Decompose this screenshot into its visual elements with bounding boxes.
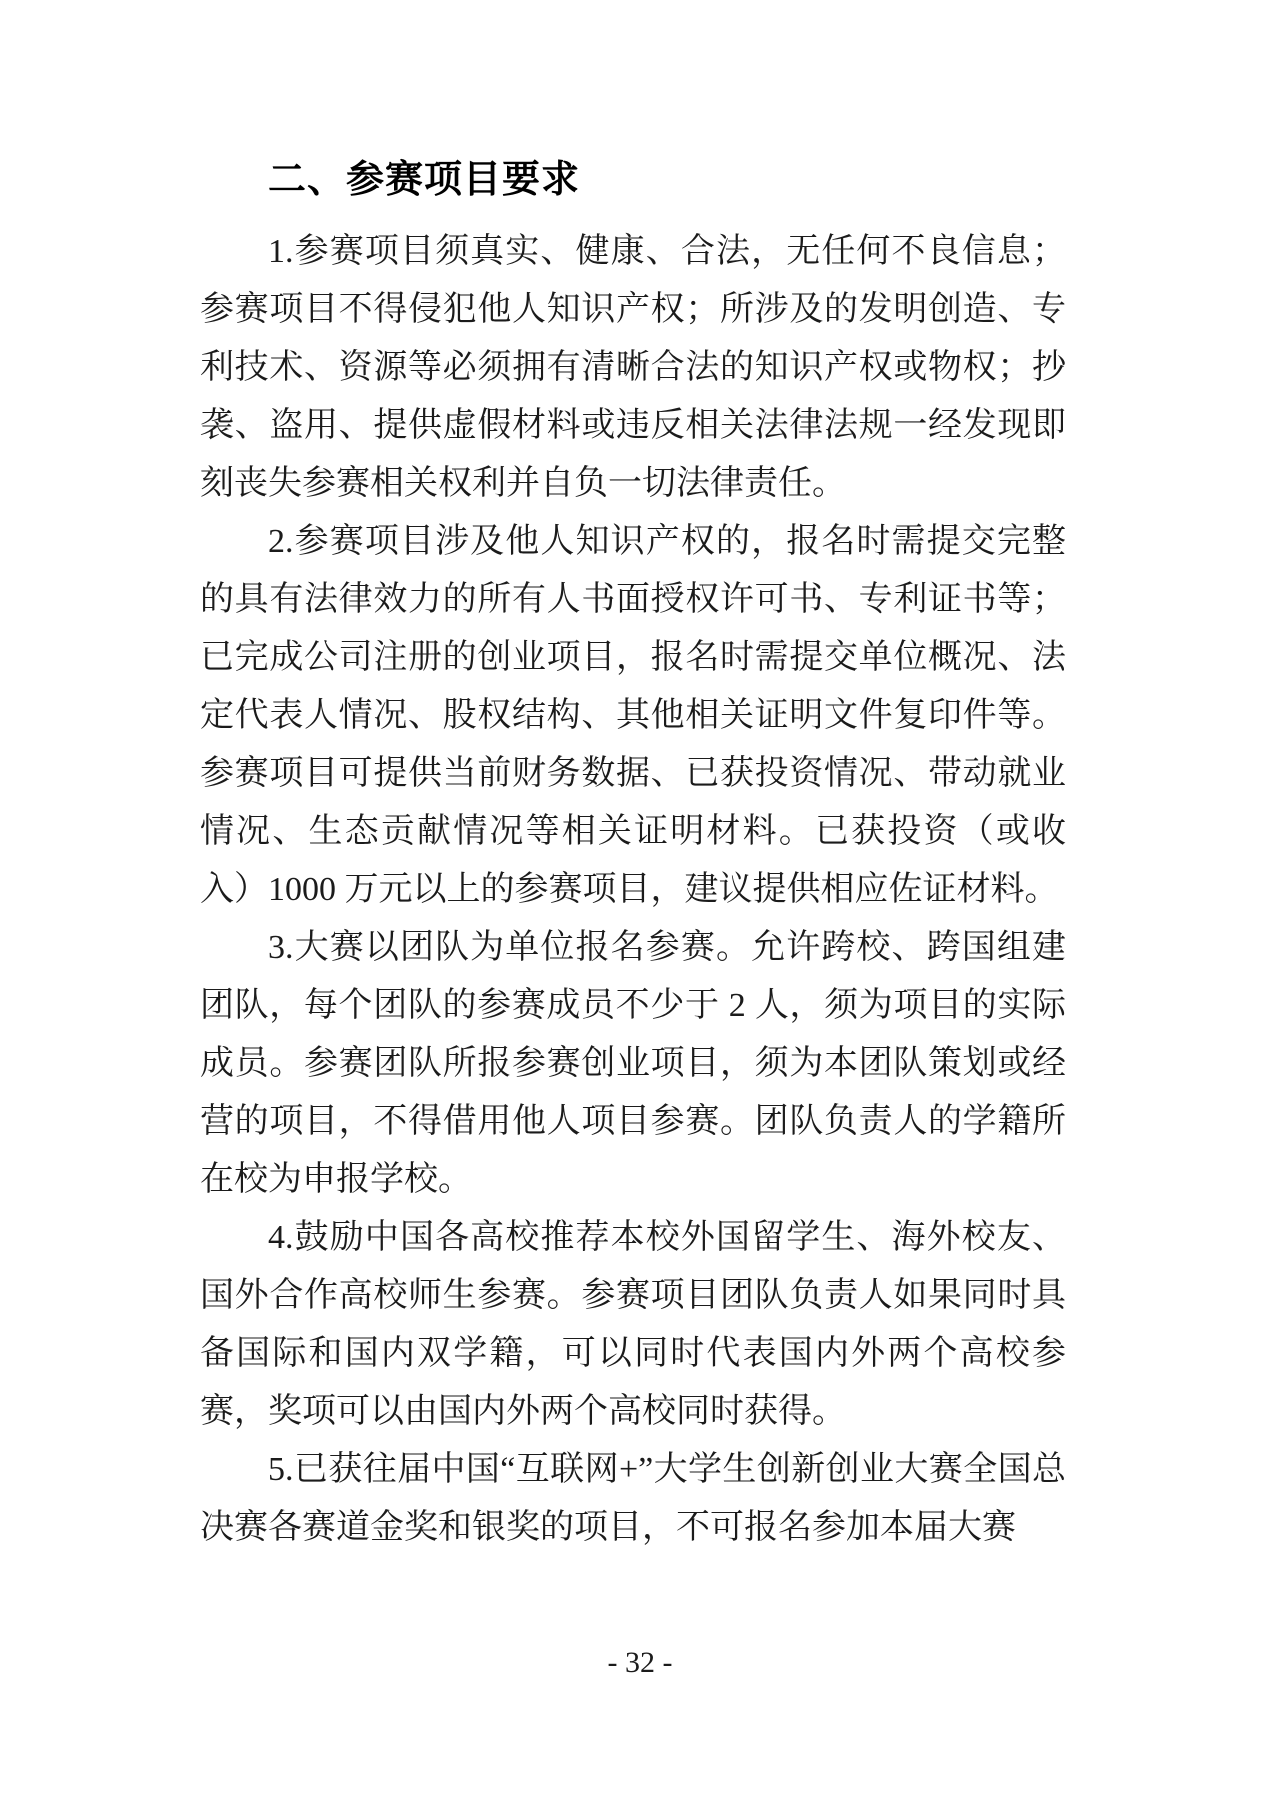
section-heading: 二、参赛项目要求: [268, 153, 1066, 207]
document-body: 二、参赛项目要求 1.参赛项目须真实、健康、合法，无任何不良信息；参赛项目不得侵…: [200, 153, 1066, 1557]
paragraph-item-4: 4.鼓励中国各高校推荐本校外国留学生、海外校友、国外合作高校师生参赛。参赛项目团…: [200, 1209, 1066, 1441]
page-number: - 32 -: [0, 1645, 1280, 1681]
paragraph-item-5: 5.已获往届中国“互联网+”大学生创新创业大赛全国总决赛各赛道金奖和银奖的项目，…: [200, 1441, 1066, 1557]
paragraph-item-2: 2.参赛项目涉及他人知识产权的，报名时需提交完整的具有法律效力的所有人书面授权许…: [200, 513, 1066, 919]
document-page: 二、参赛项目要求 1.参赛项目须真实、健康、合法，无任何不良信息；参赛项目不得侵…: [0, 0, 1280, 1810]
paragraph-item-3: 3.大赛以团队为单位报名参赛。允许跨校、跨国组建团队，每个团队的参赛成员不少于 …: [200, 919, 1066, 1209]
paragraph-item-1: 1.参赛项目须真实、健康、合法，无任何不良信息；参赛项目不得侵犯他人知识产权；所…: [200, 223, 1066, 513]
